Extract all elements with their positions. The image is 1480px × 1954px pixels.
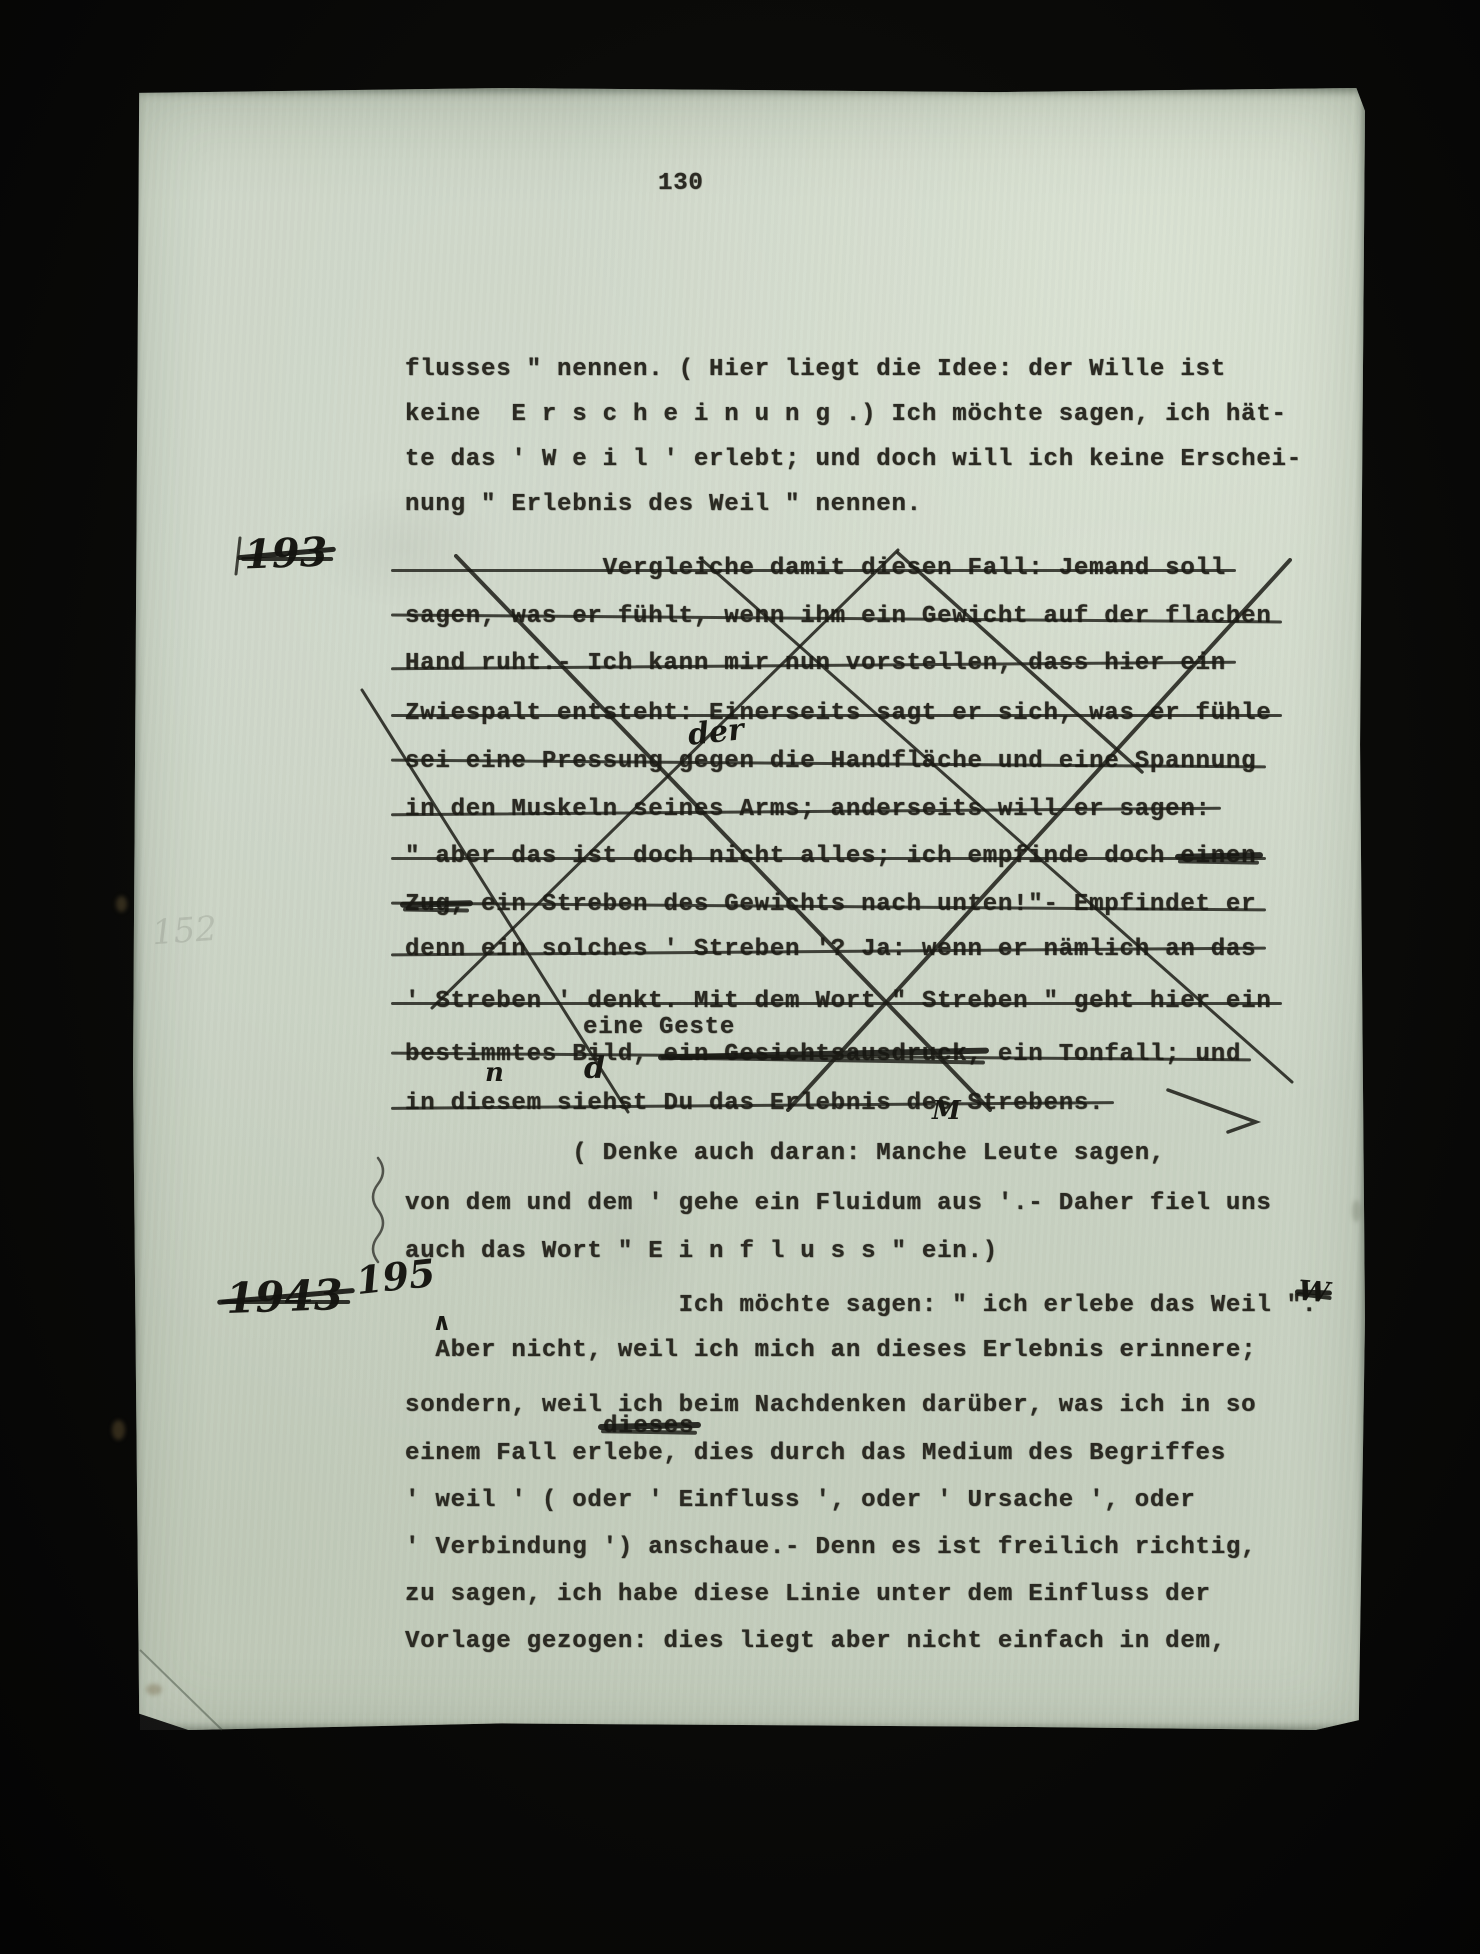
typed-line-struck: " aber das ist doch nicht alles; ich emp… bbox=[405, 843, 1256, 871]
typed-insertion: dieses bbox=[603, 1413, 694, 1441]
heavily-scribbled-word: Zug, bbox=[405, 891, 466, 919]
typed-line: einem Fall erlebe, dies durch das Medium… bbox=[405, 1440, 1226, 1468]
typed-line: ( Denke auch daran: Manche Leute sagen, bbox=[405, 1140, 1165, 1168]
typed-line: sondern, weil ich beim Nachdenken darübe… bbox=[405, 1392, 1256, 1420]
handwritten-mark: der bbox=[687, 715, 746, 751]
handwritten-mark-struck: 193 bbox=[243, 533, 328, 576]
heavily-scribbled-word: dieses bbox=[603, 1413, 694, 1441]
typed-line-struck: bestimmtes Bild, ein Gesichtsausdruck, e… bbox=[405, 1041, 1241, 1069]
typed-line-struck: Zwiespalt entsteht: Einerseits sagt er s… bbox=[405, 700, 1272, 728]
handwritten-mark: M bbox=[932, 1098, 961, 1124]
handwritten-mark: n bbox=[485, 1060, 504, 1086]
typed-insertion: eine Geste bbox=[583, 1014, 735, 1042]
handwritten-mark-struck: W bbox=[1297, 1277, 1331, 1308]
page-number: 130 bbox=[658, 170, 704, 198]
typed-line: flusses " nennen. ( Hier liegt die Idee:… bbox=[405, 356, 1226, 384]
typed-line: von dem und dem ' gehe ein Fluidum aus '… bbox=[405, 1190, 1272, 1218]
typed-line: Vorlage gezogen: dies liegt aber nicht e… bbox=[405, 1628, 1226, 1656]
typed-line-struck: sei eine Pressung gegen die Handfläche u… bbox=[405, 748, 1256, 776]
typed-line: ' Verbindung ') anschaue.- Denn es ist f… bbox=[405, 1534, 1256, 1562]
paper-stain bbox=[146, 1684, 162, 1695]
typed-line-struck: Hand ruht.- Ich kann mir nun vorstellen,… bbox=[405, 650, 1226, 678]
heavily-scribbled-word: einen bbox=[1180, 843, 1256, 871]
heavily-scribbled-word: ein Gesichtsausdruck, bbox=[663, 1041, 982, 1069]
typed-line: ' weil ' ( oder ' Einfluss ', oder ' Urs… bbox=[405, 1487, 1196, 1515]
typed-line: keine E r s c h e i n u n g .) Ich möcht… bbox=[405, 401, 1287, 429]
paper-stain bbox=[116, 896, 127, 912]
handwritten-mark: 152 bbox=[151, 912, 218, 950]
typed-line: Ich möchte sagen: " ich erlebe das Weil … bbox=[405, 1292, 1317, 1320]
photo-background: 130 flusses " nennen. ( Hier liegt die I… bbox=[0, 0, 1480, 1954]
typed-line-struck: in diesem siehst Du das Erlebnis des Str… bbox=[405, 1090, 1104, 1118]
typed-line-struck: Zug, ein Streben des Gewichts nach unten… bbox=[405, 891, 1256, 919]
paper-stain bbox=[1352, 1200, 1361, 1222]
typed-line: nung " Erlebnis des Weil " nennen. bbox=[405, 491, 922, 519]
handwritten-mark: d bbox=[584, 1054, 605, 1084]
handwritten-mark-struck: 1943 bbox=[225, 1274, 343, 1320]
handwritten-mark: ∧ bbox=[432, 1310, 452, 1334]
typed-line-struck: ' Streben ' denkt. Mit dem Wort " Strebe… bbox=[405, 988, 1272, 1016]
paper-stain bbox=[112, 1420, 125, 1440]
typed-line: te das ' W e i l ' erlebt; und doch will… bbox=[405, 446, 1302, 474]
typed-line-struck: Vergleiche damit diesen Fall: Jemand sol… bbox=[405, 555, 1226, 583]
handwritten-mark: 195 bbox=[354, 1254, 437, 1300]
typed-line-struck: in den Muskeln seines Arms; anderseits w… bbox=[405, 796, 1211, 824]
typed-line-struck: sagen, was er fühlt, wenn ihm ein Gewich… bbox=[405, 603, 1272, 631]
typed-line-struck: denn ein solches ' Streben '? Ja: wenn e… bbox=[405, 936, 1256, 964]
typed-line: auch das Wort " E i n f l u s s " ein.) bbox=[405, 1238, 998, 1266]
typed-line: zu sagen, ich habe diese Linie unter dem… bbox=[405, 1581, 1211, 1609]
typed-line: Aber nicht, weil ich mich an dieses Erle… bbox=[405, 1337, 1256, 1365]
